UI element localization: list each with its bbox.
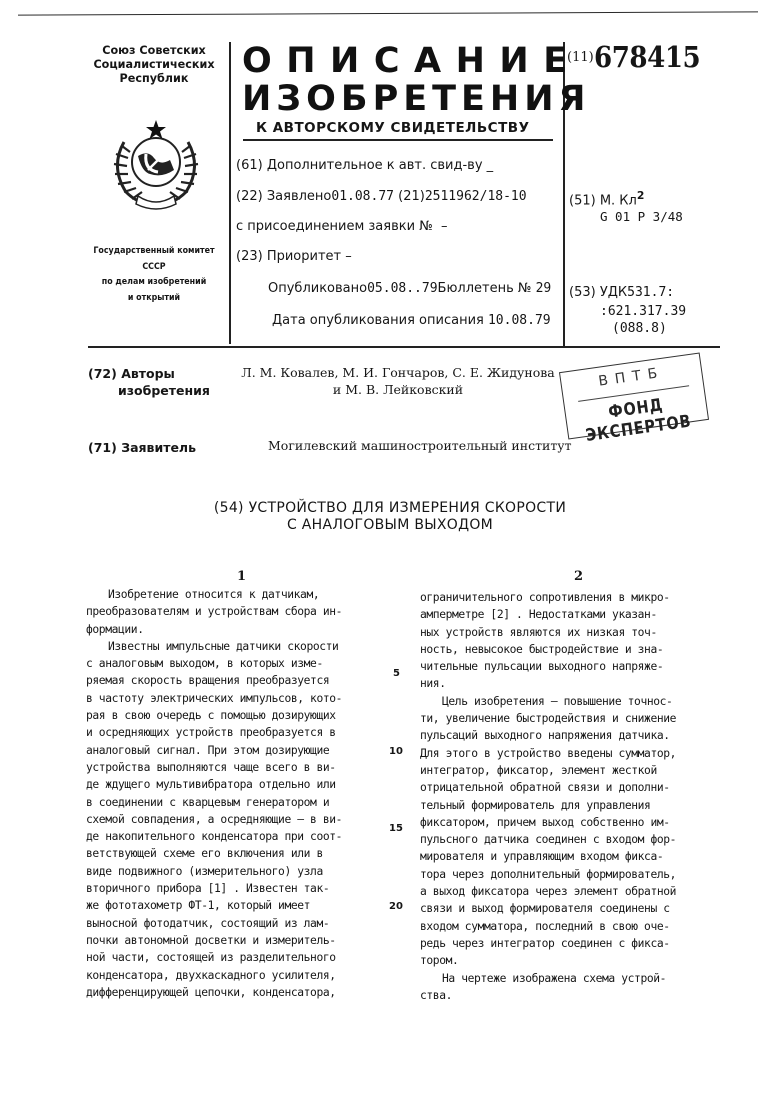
- text-line: отрицательной обратной связи и дополни-: [420, 779, 725, 796]
- published-date: 05.08..79: [367, 281, 437, 296]
- text-line: с аналоговым выходом, в которых изме-: [86, 655, 404, 672]
- invention-title-line: УСТРОЙСТВО ДЛЯ ИЗМЕРЕНИЯ СКОРОСТИ: [249, 500, 567, 516]
- authors-names: Л. М. Ковалев, М. И. Гончаров, С. Е. Жид…: [228, 364, 568, 398]
- field-code: (61): [236, 158, 263, 173]
- text-line: почки автономной досветки и измеритель-: [86, 932, 404, 949]
- text-line: формации.: [86, 621, 404, 638]
- field-join: с присоединением заявки № –: [236, 219, 447, 234]
- field-published: Опубликовано05.08..79Бюллетень № 29: [268, 281, 551, 296]
- application-number: 2511962/18-10: [425, 189, 527, 204]
- text-line: пульсаций выходного напряжения датчика.: [420, 727, 725, 744]
- text-line: связи и выход формирователя соединены с: [420, 900, 725, 917]
- text-line: На чертеже изображена схема устрой-: [420, 970, 725, 987]
- text-line: ность, невысокое быстродействие и зна-: [420, 641, 725, 658]
- bulletin-number: 29: [536, 281, 552, 296]
- applicant-name: Могилевский машиностроительный институт: [268, 438, 572, 453]
- library-stamp: ВПТБ ФОНД ЭКСПЕРТОВ: [559, 352, 709, 439]
- committee-line: по делам изобретений: [84, 275, 225, 291]
- udc-line: 531.7:: [627, 285, 674, 300]
- top-rule: [18, 11, 758, 15]
- field-label: УДК: [600, 285, 627, 300]
- field-label: Приоритет: [267, 249, 341, 264]
- field-label: Авторы: [121, 366, 175, 381]
- field-label: Заявлено: [267, 189, 332, 204]
- invention-title-line: С АНАЛОГОВЫМ ВЫХОДОМ: [150, 517, 630, 534]
- text-line: входом сумматора, последний в свою оче-: [420, 918, 725, 935]
- bulletin-label: Бюллетень №: [438, 281, 532, 296]
- description-date: 10.08.79: [488, 313, 551, 328]
- author-line: Л. М. Ковалев, М. И. Гончаров, С. Е. Жид…: [228, 364, 568, 381]
- field-label: М. Кл: [600, 193, 637, 208]
- text-line: интегратор, фиксатор, элемент жесткой: [420, 762, 725, 779]
- line-number: 15: [389, 823, 403, 834]
- subtitle-rule: [243, 139, 553, 141]
- text-line: ной части, состоящей из разделительного: [86, 949, 404, 966]
- field-label: изобретения: [88, 382, 210, 399]
- text-line: а выход фиксатора через элемент обратной: [420, 883, 725, 900]
- line-number: 5: [393, 668, 400, 679]
- field-code: (53): [569, 285, 596, 300]
- text-line: тора через дополнительный формирователь,: [420, 866, 725, 883]
- text-line: преобразователям и устройствам сбора ин-: [86, 603, 404, 620]
- doc-title-line2: ИЗОБРЕТЕНИЯ: [242, 80, 590, 118]
- field-code-21: (21): [398, 189, 425, 204]
- text-line: Изобретение относится к датчикам,: [86, 586, 404, 603]
- field-code: (22): [236, 189, 263, 204]
- country-line: Союз Советских: [88, 44, 220, 58]
- text-line: конденсатора, двухкаскадного усилителя,: [86, 967, 404, 984]
- country-line: Республик: [88, 72, 220, 86]
- field-23: (23) Приоритет –: [236, 249, 352, 264]
- field-53: (53) УДК531.7:: [569, 285, 674, 300]
- text-line: тором.: [420, 952, 725, 969]
- text-line: ряемая скорость вращения преобразуется: [86, 672, 404, 689]
- text-line: же фототахометр ФТ-1, который имеет: [86, 897, 404, 914]
- text-line: чительные пульсации выходного напряже-: [420, 658, 725, 675]
- text-line: рая в свою очередь с помощью дозирующих: [86, 707, 404, 724]
- stamp-line1: ВПТБ: [561, 360, 702, 395]
- text-line: в соединении с кварцевым генератором и: [86, 794, 404, 811]
- text-line: устройства выполняются чаще всего в ви-: [86, 759, 404, 776]
- text-line: де ждущего мультивибратора отдельно или: [86, 776, 404, 793]
- text-line: ства.: [420, 987, 725, 1004]
- field-description-date: Дата опубликования описания 10.08.79: [272, 313, 551, 328]
- field-value: _: [487, 158, 494, 173]
- field-label: Опубликовано: [268, 281, 367, 296]
- text-line: в частоту электрических импульсов, кото-: [86, 690, 404, 707]
- udc-continued: :621.317.39 (088.8): [600, 303, 686, 337]
- country-line: Социалистических: [88, 58, 220, 72]
- committee-line: СССР: [84, 260, 225, 276]
- text-line: ти, увеличение быстродействия и снижение: [420, 710, 725, 727]
- ipc-class: G 01 P 3/48: [600, 209, 683, 224]
- doc-subtitle: К АВТОРСКОМУ СВИДЕТЕЛЬСТВУ: [256, 120, 530, 136]
- body-column-right: ограничительного сопротивления в микро-а…: [420, 589, 725, 1004]
- field-value: –: [345, 249, 352, 264]
- field-label: Дата опубликования описания: [272, 313, 484, 328]
- text-line: ветствующей схеме его включения или в: [86, 845, 404, 862]
- field-61: (61) Дополнительное к авт. свид-ву _: [236, 158, 493, 173]
- text-line: де накопительного конденсатора при соот-: [86, 828, 404, 845]
- committee-line: Государственный комитет: [84, 244, 225, 260]
- text-line: ния.: [420, 675, 725, 692]
- body-column-left: Изобретение относится к датчикам,преобра…: [86, 586, 404, 1001]
- udc-line: (088.8): [600, 320, 686, 337]
- committee-name: Государственный комитет СССР по делам из…: [84, 244, 225, 306]
- patent-number-value: 678415: [594, 40, 700, 74]
- field-51: (51) М. Кл2: [569, 189, 644, 208]
- field-value: –: [441, 219, 448, 234]
- column-number: 2: [574, 569, 583, 584]
- text-line: пульсного датчика соединен с входом фор-: [420, 831, 725, 848]
- text-line: ограничительного сопротивления в микро-: [420, 589, 725, 606]
- field-label: Заявитель: [121, 440, 196, 455]
- text-line: схемой совпадения, а осредняющие – в ви-: [86, 811, 404, 828]
- text-line: Для этого в устройство введены сумматор,: [420, 745, 725, 762]
- text-line: вторичного прибора [1] . Известен так-: [86, 880, 404, 897]
- text-line: и осредняющих устройств преобразуется в: [86, 724, 404, 741]
- field-label: с присоединением заявки №: [236, 219, 433, 234]
- applicant-label: (71) Заявитель: [88, 440, 196, 455]
- text-line: фиксатором, причем выход собственно им-: [420, 814, 725, 831]
- committee-line: и открытий: [84, 291, 225, 307]
- text-line: дифференцирующей цепочки, конденсатора,: [86, 984, 404, 1001]
- divider: [229, 42, 231, 344]
- text-line: амперметре [2] . Недостатками указан-: [420, 606, 725, 623]
- field-code: (23): [236, 249, 263, 264]
- filing-date: 01.08.77: [331, 189, 394, 204]
- patent-number: (11)678415: [567, 40, 712, 74]
- text-line: выносной фотодатчик, состоящий из лам-: [86, 915, 404, 932]
- text-line: ных устройств являются их низкая точ-: [420, 624, 725, 641]
- text-line: Известны импульсные датчики скорости: [86, 638, 404, 655]
- field-label: Дополнительное к авт. свид-ву: [267, 158, 483, 173]
- text-line: редь через интегратор соединен с фикса-: [420, 935, 725, 952]
- field-code: (71): [88, 440, 117, 455]
- patent-code: (11): [567, 50, 594, 65]
- author-line: и М. В. Лейковский: [228, 381, 568, 398]
- line-number: 20: [389, 901, 403, 912]
- text-line: Цель изобретения – повышение точнос-: [420, 693, 725, 710]
- text-line: тельный формирователь для управления: [420, 797, 725, 814]
- field-sup: 2: [637, 189, 645, 202]
- authors-label: (72) Авторы изобретения: [88, 365, 210, 399]
- text-line: аналоговый сигнал. При этом дозирующие: [86, 742, 404, 759]
- invention-title: (54) УСТРОЙСТВО ДЛЯ ИЗМЕРЕНИЯ СКОРОСТИ С…: [150, 500, 630, 534]
- separator-rule: [88, 346, 720, 348]
- country-name: Союз Советских Социалистических Республи…: [88, 44, 220, 86]
- field-code: (51): [569, 193, 596, 208]
- udc-line: :621.317.39: [600, 303, 686, 320]
- ussr-emblem-icon: [104, 112, 208, 212]
- column-number: 1: [237, 569, 246, 584]
- field-code: (54): [214, 500, 244, 516]
- field-22: (22) Заявлено01.08.77 (21)2511962/18-10: [236, 189, 527, 204]
- text-line: виде подвижного (измерительного) узла: [86, 863, 404, 880]
- text-line: мирователя и управляющим входом фикса-: [420, 848, 725, 865]
- field-code: (72): [88, 366, 117, 381]
- line-number: 10: [389, 746, 403, 757]
- doc-title-line1: ОПИСАНИЕ: [242, 42, 582, 80]
